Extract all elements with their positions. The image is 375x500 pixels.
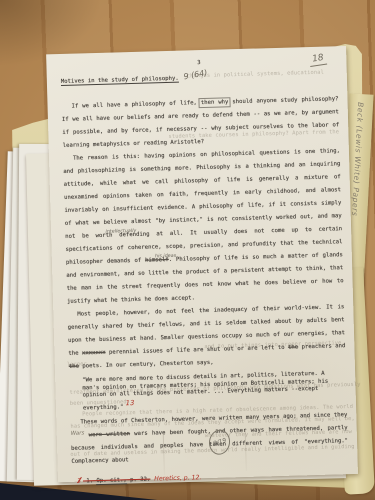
paragraph-1: If we all have a philosophy of life, the…	[61, 93, 339, 153]
photo-of-typed-manuscript: Beck (Lewis White) Papers Philosophic In…	[0, 0, 375, 500]
typed-manuscript-page: changes in political systems, educationa…	[46, 46, 358, 482]
typed-text: worth defending at all.intellectually	[96, 231, 184, 239]
circled-number-text: 8/19	[212, 437, 227, 448]
page-content: changes in political systems, educationa…	[46, 46, 358, 482]
annotated-text: Heretics, p. 12.	[150, 474, 201, 482]
typed-text: poets. In our century, Chesterton says,	[79, 360, 214, 370]
typed-text: The reason is this: having opinions on p…	[63, 148, 345, 240]
typed-text: If we all have a philosophy of life,	[72, 100, 201, 110]
pencil-insertion: his ideas	[145, 253, 176, 259]
ghost-text: larger	[67, 358, 87, 372]
paragraph-2: The reason is this: having opinions on p…	[63, 145, 344, 309]
annotated-text: 3	[77, 477, 81, 484]
annotated-text: Op. cit.,	[96, 477, 126, 485]
annotated-text: himselfhis ideas	[145, 257, 169, 264]
annotated-text: xxxxxxx	[82, 350, 106, 357]
pencil-corner-number: 18	[308, 53, 327, 67]
pencil-insertion: intellectually	[95, 228, 136, 234]
title-text: Motives in the study of philosophy.	[61, 76, 179, 86]
annotated-text: p. 32.	[127, 476, 151, 483]
annotated-text: 1.	[83, 478, 97, 484]
annotated-text: then why	[201, 99, 229, 106]
